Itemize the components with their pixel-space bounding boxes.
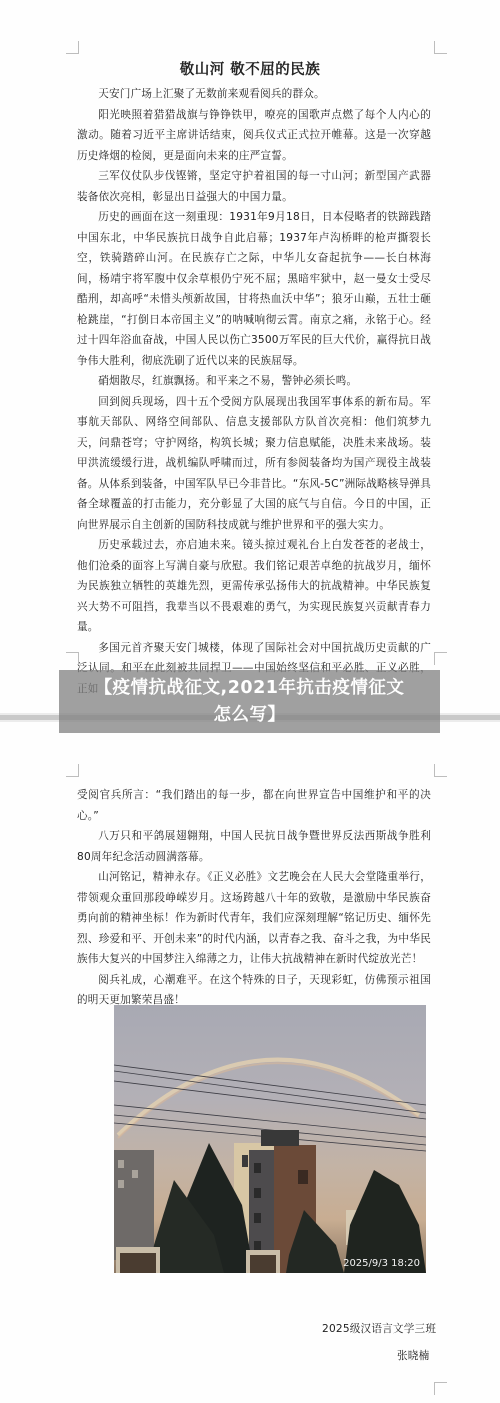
- paragraph: 阳光映照着猎猎战旗与铮铮铁甲，嘹亮的国歌声点燃了每个人内心的激动。随着习近平主席…: [77, 105, 431, 167]
- document-title: 敬山河 敬不屈的民族: [0, 58, 500, 79]
- paragraph: 历史的画面在这一刻重现：1931年9月18日，日本侵略者的铁蹄践踏中国东北，中华…: [77, 207, 431, 371]
- overlay-title-banner: 【疫情抗战征文,2021年抗击疫情征文 怎么写】: [59, 670, 440, 733]
- paragraph: 天安门广场上汇聚了无数前来观看阅兵的群众。: [77, 84, 431, 105]
- photo-scene-graphic: [114, 1005, 426, 1273]
- page-corner-mark: [66, 652, 79, 665]
- page-2-body: 受阅官兵所言：“我们踏出的每一步，都在向世界宣告中国维护和平的决心。” 八万只和…: [77, 785, 431, 1011]
- signature-class: 2025级汉语言文学三班: [322, 1321, 436, 1336]
- page-corner-mark: [434, 1382, 447, 1395]
- photo-timestamp: 2025/9/3 18:20: [343, 1258, 420, 1269]
- paragraph: 硝烟散尽，红旗飘扬。和平来之不易，警钟必须长鸣。: [77, 371, 431, 392]
- paragraph: 三军仪仗队步伐铿锵，坚定守护着祖国的每一寸山河；新型国产武器装备依次亮相，彰显出…: [77, 166, 431, 207]
- page-corner-mark: [434, 41, 447, 54]
- page-1-body: 天安门广场上汇聚了无数前来观看阅兵的群众。 阳光映照着猎猎战旗与铮铮铁甲，嘹亮的…: [77, 84, 431, 699]
- paragraph: 回到阅兵现场，四十五个受阅方队展现出我国军事体系的新布局。军事航天部队、网络空间…: [77, 392, 431, 536]
- page-corner-mark: [66, 41, 79, 54]
- banner-line-1: 【疫情抗战征文,2021年抗击疫情征文: [59, 675, 440, 702]
- rainbow-photo: 2025/9/3 18:20: [114, 1005, 426, 1273]
- signature-author: 张晓楠: [397, 1348, 429, 1363]
- page-corner-mark: [434, 652, 447, 665]
- paragraph: 受阅官兵所言：“我们踏出的每一步，都在向世界宣告中国维护和平的决心。”: [77, 785, 431, 826]
- page-corner-mark: [66, 764, 79, 777]
- page-corner-mark: [434, 764, 447, 777]
- paragraph: 历史承载过去，亦启迪未来。镜头掠过观礼台上白发苍苍的老战士，他们沧桑的面容上写满…: [77, 535, 431, 638]
- document-page-1: 敬山河 敬不屈的民族 天安门广场上汇聚了无数前来观看阅兵的群众。 阳光映照着猎猎…: [0, 0, 500, 713]
- banner-line-2: 怎么写】: [59, 702, 440, 729]
- paragraph: 山河铭记，精神永存。《正义必胜》文艺晚会在人民大会堂隆重举行，带领观众重回那段峥…: [77, 867, 431, 970]
- paragraph: 八万只和平鸽展翅翱翔，中国人民抗日战争暨世界反法西斯战争胜利80周年纪念活动圆满…: [77, 826, 431, 867]
